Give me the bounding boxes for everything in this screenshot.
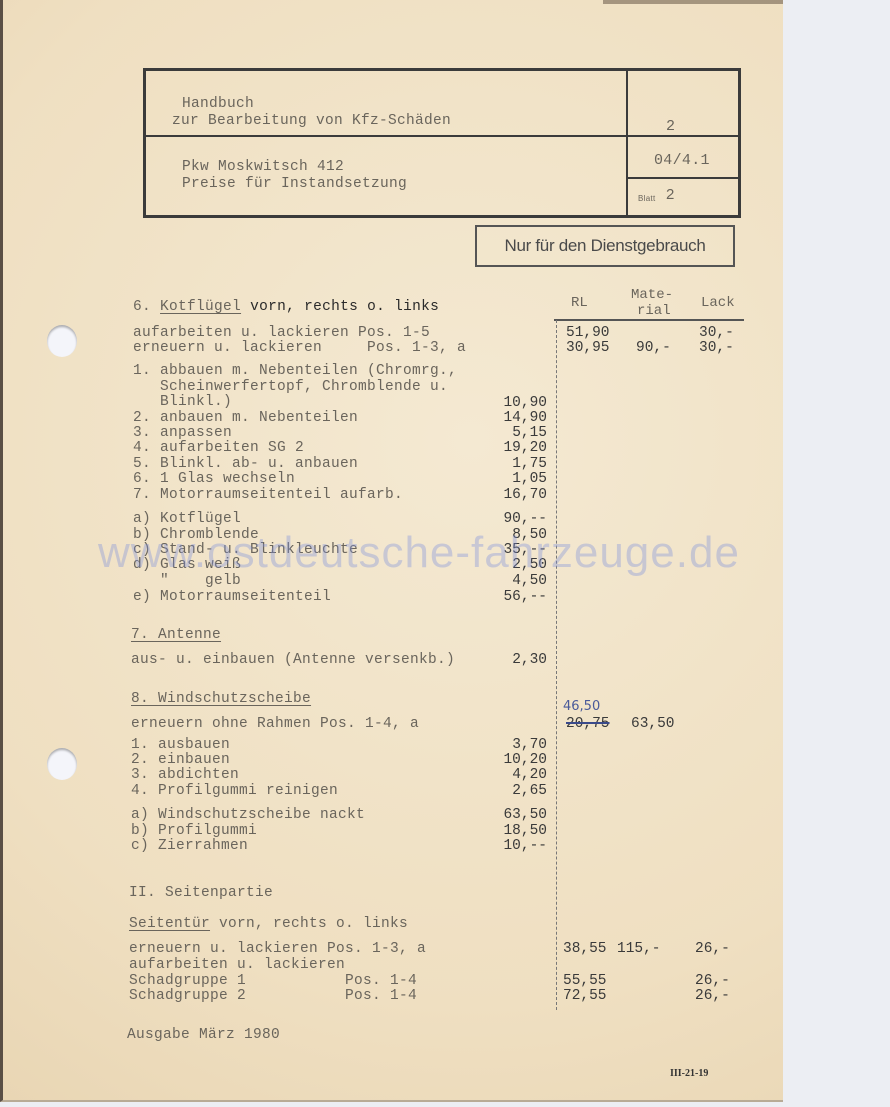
kotfluegel-pos-4-price: 19,20 <box>497 441 547 457</box>
seitentuer-label: Seitentür <box>129 916 210 932</box>
seitentuer-rest: vorn, rechts o. links <box>219 916 408 932</box>
kotfluegel-summary-2-lack: 30,- <box>699 341 734 357</box>
header-subtitle-line1: Pkw Moskwitsch 412 <box>182 160 344 176</box>
kotfluegel-pos-6: 6. 1 Glas wechseln <box>133 472 295 488</box>
windschutzscheibe-part-c: c) Zierrahmen <box>131 839 248 855</box>
windschutzscheibe-rl-struck: 20,75 <box>566 717 610 733</box>
seitenpartie-row-2: aufarbeiten u. lackieren <box>129 958 345 974</box>
seitenpartie-row-1: erneuern u. lackieren Pos. 1-3, a <box>129 942 426 958</box>
section-antenne-title: 7. Antenne <box>131 628 221 644</box>
column-header-rule <box>554 319 744 321</box>
seitenpartie-row-1-rl: 38,55 <box>563 942 607 958</box>
kotfluegel-part-e: e) Motorraumseitenteil <box>133 590 331 606</box>
kotfluegel-part-d-price: 2,50 <box>497 558 547 574</box>
antenne-line: aus- u. einbauen (Antenne versenkb.) <box>131 653 455 669</box>
page-edge-shadow <box>603 0 783 4</box>
header-divider-horizontal <box>146 135 738 137</box>
windschutzscheibe-summary: erneuern ohne Rahmen Pos. 1-4, a <box>131 717 419 733</box>
edition-note: Ausgabe März 1980 <box>127 1028 280 1044</box>
kotfluegel-part-d2: " gelb <box>133 574 241 590</box>
section-seitenpartie-title: II. Seitenpartie <box>129 886 273 902</box>
punch-hole-top <box>47 325 77 357</box>
seitenpartie-row-4-rl: 72,55 <box>563 989 607 1005</box>
header-section-number: 2 <box>666 119 675 135</box>
section-title-underlined: Kotflügel <box>160 299 241 315</box>
windschutzscheibe-pos-4: 4. Profilgummi reinigen <box>131 784 338 800</box>
kotfluegel-part-a-price: 90,-- <box>497 512 547 528</box>
windschutzscheibe-part-a-price: 63,50 <box>497 808 547 824</box>
kotfluegel-pos-7: 7. Motorraumseitenteil aufarb. <box>133 488 403 504</box>
kotfluegel-summary-2: erneuern u. lackieren Pos. 1-3, a <box>133 341 466 357</box>
kotfluegel-summary-2-rl: 30,95 <box>566 341 610 357</box>
seitenpartie-row-4: Schadgruppe 2 Pos. 1-4 <box>129 989 417 1005</box>
windschutzscheibe-pos-3: 3. abdichten <box>131 768 239 784</box>
header-title-line2: zur Bearbeitung von Kfz-Schäden <box>172 114 451 130</box>
column-header-lack: Lack <box>701 296 735 310</box>
kotfluegel-part-a: a) Kotflügel <box>133 512 241 528</box>
windschutzscheibe-part-c-price: 10,-- <box>497 839 547 855</box>
confidential-stamp: Nur für den Dienstgebrauch <box>475 225 735 267</box>
column-header-material-2: rial <box>637 304 671 318</box>
header-divider-vertical <box>626 71 628 215</box>
kotfluegel-pos-1: 1. abbauen m. Nebenteilen (Chromrg., Sch… <box>133 364 457 411</box>
header-sheet-number: 2 <box>666 187 675 203</box>
section-number: 6. <box>133 299 151 315</box>
header-sheet-label: Blatt <box>638 191 656 207</box>
kotfluegel-pos-6-price: 1,05 <box>497 472 547 488</box>
section-windschutzscheibe-title: 8. Windschutzscheibe <box>131 692 311 708</box>
kotfluegel-summary-2-material: 90,- <box>636 341 671 357</box>
header-title-line1: Handbuch <box>182 97 254 113</box>
windschutzscheibe-pos-4-price: 2,65 <box>497 784 547 800</box>
header-box: Handbuch zur Bearbeitung von Kfz-Schäden… <box>143 68 741 218</box>
handwritten-correction: 46,50 <box>563 699 600 714</box>
header-doc-code: 04/4.1 <box>654 153 710 169</box>
header-subtitle-line2: Preise für Instandsetzung <box>182 177 407 193</box>
punch-hole-bottom <box>47 748 77 780</box>
column-divider <box>556 320 557 1010</box>
windschutzscheibe-material: 63,50 <box>631 717 675 733</box>
seitenpartie-row-1-material: 115,- <box>617 942 661 958</box>
document-page: Handbuch zur Bearbeitung von Kfz-Schäden… <box>0 0 783 1102</box>
kotfluegel-pos-7-price: 16,70 <box>497 488 547 504</box>
seitenpartie-row-1-lack: 26,- <box>695 942 730 958</box>
seitenpartie-row-4-lack: 26,- <box>695 989 730 1005</box>
windschutzscheibe-part-a: a) Windschutzscheibe nackt <box>131 808 365 824</box>
column-header-material-1: Mate- <box>631 288 673 302</box>
seitenpartie-subtitle: Seitentür vorn, rechts o. links <box>129 917 408 933</box>
section-title-rest: vorn, rechts o. links <box>250 299 439 315</box>
header-divider-right <box>626 177 738 179</box>
kotfluegel-pos-4: 4. aufarbeiten SG 2 <box>133 441 304 457</box>
windschutzscheibe-pos-3-price: 4,20 <box>497 768 547 784</box>
antenne-price: 2,30 <box>497 653 547 669</box>
kotfluegel-part-d2-price: 4,50 <box>497 574 547 590</box>
column-header-rl: RL <box>571 296 588 310</box>
form-code: III-21-19 <box>670 1068 708 1079</box>
kotfluegel-part-d: d) Glas weiß <box>133 558 241 574</box>
kotfluegel-part-e-price: 56,-- <box>497 590 547 606</box>
section-kotfluegel-title: 6. Kotflügel vorn, rechts o. links <box>133 300 439 316</box>
